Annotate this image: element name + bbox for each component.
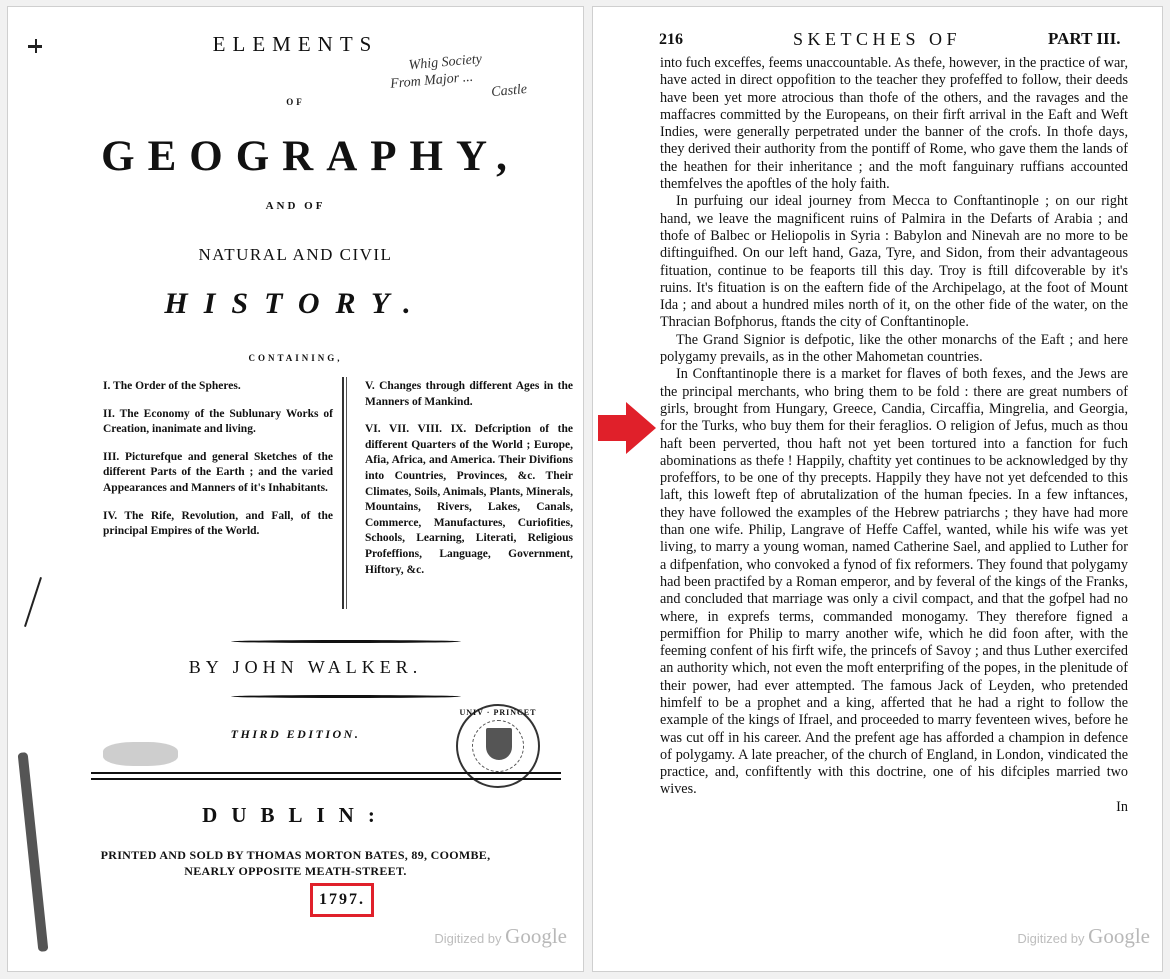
title-natural-civil: NATURAL AND CIVIL — [8, 245, 583, 265]
title-geography: GEOGRAPHY, — [38, 132, 583, 181]
highlighted-year: 1797. — [310, 883, 374, 917]
contents-item: IV. The Rife, Revolution, and Fall, of t… — [103, 509, 333, 540]
catchword: In — [660, 799, 1128, 816]
part-label: PART III. — [1048, 29, 1120, 49]
title-history: HISTORY. — [8, 287, 583, 321]
scan-smudge — [103, 742, 178, 766]
google-watermark: Digitized by Google — [434, 924, 567, 949]
running-title: SKETCHES OF — [793, 29, 961, 50]
scan-artifact-mark — [24, 577, 42, 627]
paragraph: into fuch exceffes, feems unaccountable.… — [660, 55, 1128, 193]
author-line: BY JOHN WALKER. — [28, 657, 583, 678]
containing-label: CONTAINING, — [8, 353, 583, 363]
double-rule — [91, 772, 561, 774]
paragraph: The Grand Signior is defpotic, like the … — [660, 332, 1128, 367]
red-arrow-icon — [598, 402, 656, 454]
printer-imprint: PRINTED AND SOLD BY THOMAS MORTON BATES,… — [8, 847, 583, 879]
title-page: ELEMENTS OF Whig Society From Major ... … — [7, 6, 584, 972]
library-seal-stamp: UNIV · PRINCET — [456, 704, 540, 788]
double-rule — [91, 778, 561, 780]
place-of-publication: DUBLIN: — [8, 803, 583, 828]
contents-item: VI. VII. VIII. IX. Defcription of the di… — [365, 422, 573, 578]
column-divider — [342, 377, 344, 609]
contents-item: II. The Economy of the Sublunary Works o… — [103, 407, 333, 438]
title-and-of: AND OF — [8, 200, 583, 212]
contents-item: V. Changes through different Ages in the… — [365, 379, 573, 410]
text-page: 216 SKETCHES OF PART III. into fuch exce… — [592, 6, 1163, 972]
shield-icon — [486, 728, 512, 760]
contents-column-right: V. Changes through different Ages in the… — [365, 379, 573, 590]
contents-item: III. Picturefque and general Sketches of… — [103, 450, 333, 497]
paragraph: In purfuing our ideal journey from Mecca… — [660, 193, 1128, 331]
page-number: 216 — [659, 31, 683, 49]
highlighted-paragraph: In Conftantinople there is a market for … — [660, 366, 1128, 798]
body-text: into fuch exceffes, feems unaccountable.… — [660, 55, 1128, 816]
divider-rule — [231, 640, 461, 643]
divider-rule — [231, 695, 461, 698]
column-divider — [346, 377, 347, 609]
contents-item: I. The Order of the Spheres. — [103, 379, 333, 395]
contents-column-left: I. The Order of the Spheres. II. The Eco… — [103, 379, 333, 552]
google-watermark: Digitized by Google — [1017, 924, 1150, 949]
